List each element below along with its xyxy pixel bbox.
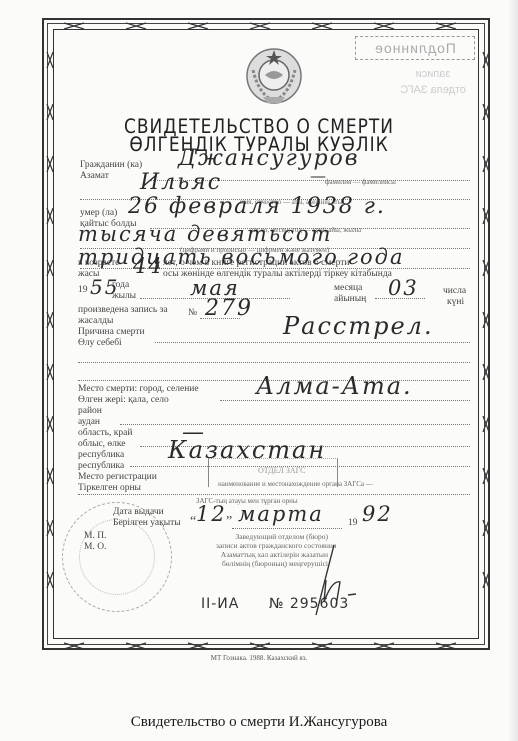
record-day-value: 03 [388,276,419,300]
month-label-ru: месяца [334,283,362,294]
citizen-label-ru: Гражданин (ка) [80,160,142,171]
died-label-ru: умер (ла) [80,208,117,219]
republic-label-ru: республика [78,450,124,461]
name-mark: — [310,166,328,185]
mp-label-kz: М. О. [84,542,106,553]
place-label-kz: Өлген жері: қала, село [78,395,169,406]
region-label-kz: облыс, өлке [78,439,126,450]
year-prefix: 19 [78,285,88,296]
death-date-words-1: тысяча девятьсот [78,222,332,246]
issue-month-value: марта [238,502,324,526]
issue-year-value: 92 [362,502,393,526]
field-line [78,494,470,495]
stamp-ghost-text: записи отдела ЗАГС [388,66,478,98]
cause-label-ru: Причина смерти [78,327,145,338]
number-sign: № [188,308,197,319]
record-label-kz: жасалды [78,316,113,327]
image-caption: Свидетельство о смерти И.Жансугурова [0,714,518,731]
district-label-kz: аудан [78,417,100,428]
page-edge-shadow [508,0,518,741]
record-number-value: 279 [205,296,253,321]
ussr-coat-of-arms-icon [243,45,305,107]
serial-number: II-ИА № 295603 [201,596,349,612]
field-line [232,528,342,529]
surname-value: Джансугуров [178,146,360,171]
field-line [155,342,470,343]
place-label-ru: Место смерти: город, селение [78,384,199,395]
year-label-ru: года [112,280,129,291]
field-line [120,424,470,425]
stamp-ghost-line: записи [388,66,478,82]
death-date-value: 26 февраля 1938 г. [128,194,386,219]
cause-label-kz: Өлу себебі [78,338,122,349]
regplace-label-ru: Место регистрации [78,472,157,483]
age-text-ru: лет, о чем в книге регистрации актов о с… [163,258,349,269]
issue-day-value: 12 [196,502,227,526]
name-value: Ильяс [140,170,222,195]
zags-hint: наименование и местонахождение органа ЗА… [218,480,373,488]
citizen-label-kz: Азамат [80,171,109,182]
republic-label-kz: республика [78,461,124,472]
age-value: 44 [133,254,164,278]
printer-imprint: МТ Гознака. 1988. Казахский яз. [0,654,518,662]
age-label-ru: в возрасте [78,258,119,269]
cause-value: Расстрел. [283,312,434,340]
field-line [220,400,470,401]
serial-value: № 295603 [269,596,349,612]
month-label-kz: айының [334,294,366,305]
day-label-kz: күні [447,297,464,308]
quote-close: ” [226,516,232,527]
district-label-ru: район [78,406,102,417]
regplace-label-kz: Тіркелген орны [78,483,141,494]
place-value: Алма-Ата. [256,372,413,400]
surname-hint: фамилия — фамилиясы [325,178,396,186]
issued-label-ru: Дата выдачи [113,507,164,518]
mp-label-ru: М. П. [84,531,106,542]
year-label-kz: жылы [112,291,136,302]
record-label-ru: произведена запись за [78,305,168,316]
region-label-ru: область, край [78,428,132,439]
serial-series: II-ИА [201,596,239,612]
year-prefix-2: 19 [348,518,358,529]
issued-label-kz: Берілген уақыты [113,518,181,529]
day-label-ru: числа [443,286,466,297]
authentic-stamp: Подлинное [355,36,475,60]
zags-stamp-value: ОТДЕЛ ЗАГС [258,466,305,475]
field-line [78,362,470,363]
stamp-ghost-line: отдела ЗАГС [388,82,478,98]
